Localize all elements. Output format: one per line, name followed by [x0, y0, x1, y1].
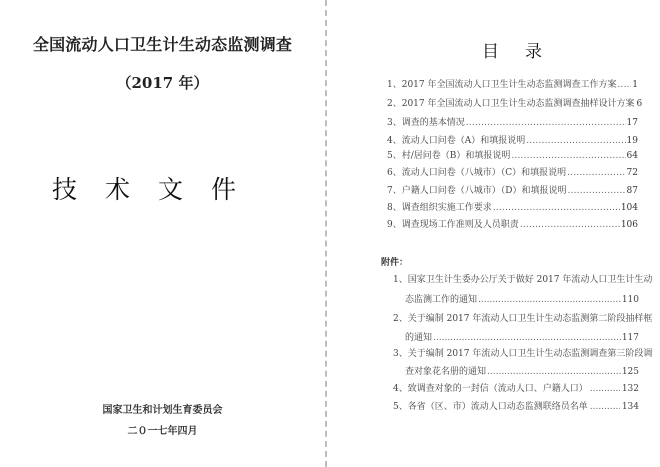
toc-item[interactable]: 3、调查的基本情况17 — [387, 115, 638, 129]
toc-leader-dots — [511, 151, 625, 161]
toc-leader-dots — [590, 384, 620, 394]
toc-leader-dots — [433, 333, 621, 343]
cover-organization: 国家卫生和计划生育委员会 — [0, 401, 325, 416]
toc-item-label: 2、2017 年全国流动人口卫生计生动态监测调查抽样设计方案 — [387, 96, 635, 109]
toc-item[interactable]: 9、调查现场工作准则及人员职责106 — [387, 217, 638, 231]
toc-leader-dots — [493, 203, 620, 213]
toc-leader-dots — [520, 220, 620, 230]
toc-leader-dots — [618, 80, 632, 90]
toc-item-label: 6、流动人口问卷（八城市）（C）和填报说明 — [387, 165, 566, 178]
appendix-item-label-cont: 的通知 — [405, 330, 432, 343]
toc-item[interactable]: 4、流动人口问卷（A）和填报说明19 — [387, 133, 638, 147]
toc-item[interactable]: 6、流动人口问卷（八城市）（C）和填报说明72 — [387, 165, 638, 179]
toc-item-page: 106 — [621, 220, 638, 230]
appendix-heading: 附件： — [381, 255, 408, 268]
toc-leader-dots — [487, 367, 621, 377]
toc-item[interactable]: 8、调查组织实施工作要求104 — [387, 200, 638, 214]
cover-page: 全国流动人口卫生计生动态监测调查 （2017 年） 技术文件 国家卫生和计划生育… — [0, 0, 325, 467]
appendix-item-page: 117 — [622, 333, 639, 343]
toc-item-page: 17 — [627, 118, 638, 128]
appendix-item[interactable]: 5、各省（区、市）流动人口动态监测联络员名单134 — [393, 399, 639, 412]
toc-item-label: 4、流动人口问卷（A）和填报说明 — [387, 133, 525, 146]
toc-leader-dots — [567, 186, 625, 196]
appendix-item-line2: 查对象花名册的通知125 — [405, 364, 639, 377]
toc-item-page: 6 — [637, 99, 643, 109]
appendix-item-line1: 1、国家卫生计生委办公厅关于做好 2017 年流动人口卫生计生动 — [393, 272, 639, 285]
appendix-item[interactable]: 4、致调查对象的一封信（流动人口、户籍人口）132 — [393, 381, 639, 394]
appendix-item-page: 132 — [622, 384, 639, 394]
appendix-item-label: 5、各省（区、市）流动人口动态监测联络员名单 — [393, 399, 588, 412]
appendix-item-page: 125 — [622, 367, 639, 377]
cover-date: 二０一七年四月 — [0, 422, 325, 437]
appendix-item-label-cont: 查对象花名册的通知 — [405, 364, 486, 377]
toc-leader-dots — [590, 402, 620, 412]
toc-item[interactable]: 2、2017 年全国流动人口卫生计生动态监测调查抽样设计方案6 — [387, 96, 638, 110]
page-divider — [325, 0, 327, 467]
toc-item-label: 9、调查现场工作准则及人员职责 — [387, 217, 519, 230]
appendix-item-label-cont: 态监测工作的通知 — [405, 292, 477, 305]
toc-item-label: 7、户籍人口问卷（八城市）（D）和填报说明 — [387, 183, 566, 196]
toc-title: 目录 — [482, 37, 568, 62]
cover-title: 全国流动人口卫生计生动态监测调查 — [0, 32, 325, 55]
toc-item-label: 8、调查组织实施工作要求 — [387, 200, 492, 213]
toc-leader-dots — [526, 136, 625, 146]
toc-item-label: 1、2017 年全国流动人口卫生计生动态监测调查工作方案 — [387, 77, 617, 90]
toc-leader-dots — [466, 118, 626, 128]
toc-item-page: 19 — [627, 136, 638, 146]
toc-item[interactable]: 7、户籍人口问卷（八城市）（D）和填报说明87 — [387, 183, 638, 197]
appendix-item-label: 4、致调查对象的一封信（流动人口、户籍人口） — [393, 381, 588, 394]
toc-item-label: 3、调查的基本情况 — [387, 115, 465, 128]
toc-item[interactable]: 5、村/居问卷（B）和填报说明64 — [387, 148, 638, 162]
toc-item-page: 1 — [632, 80, 638, 90]
cover-document-type: 技术文件 — [52, 170, 264, 206]
appendix-item-line1: 3、关于编制 2017 年流动人口卫生计生动态监测调查第三阶段调 — [393, 346, 639, 359]
toc-item-page: 104 — [621, 203, 638, 213]
appendix-item-page: 134 — [622, 402, 639, 412]
toc-item-page: 87 — [627, 186, 638, 196]
appendix-item-page: 110 — [622, 295, 639, 305]
toc-leader-dots — [567, 168, 625, 178]
toc-item[interactable]: 1、2017 年全国流动人口卫生计生动态监测调查工作方案1 — [387, 77, 638, 91]
cover-year: （2017 年） — [0, 72, 325, 93]
toc-leader-dots — [478, 295, 621, 305]
appendix-item-line2: 态监测工作的通知110 — [405, 292, 639, 305]
toc-item-page: 64 — [627, 151, 638, 161]
appendix-item-line1: 2、关于编制 2017 年流动人口卫生计生动态监测第二阶段抽样框 — [393, 311, 639, 324]
toc-item-label: 5、村/居问卷（B）和填报说明 — [387, 148, 510, 161]
toc-item-page: 72 — [627, 168, 638, 178]
appendix-item-line2: 的通知117 — [405, 330, 639, 343]
